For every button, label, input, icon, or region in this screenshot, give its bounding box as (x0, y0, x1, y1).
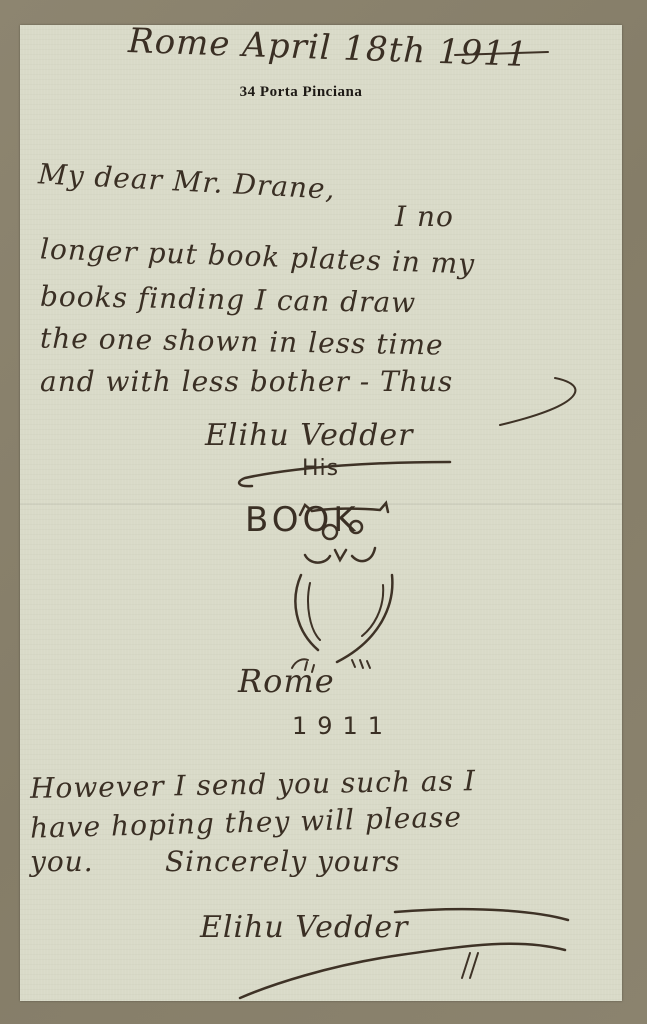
complimentary-close: Sincerely yours (165, 845, 401, 878)
letterhead-address: 34 Porta Pinciana (0, 84, 602, 101)
bookplate-his: His (302, 456, 339, 481)
body-line-3: books finding I can draw (40, 280, 417, 320)
bookplate-name: Elihu Vedder (205, 418, 413, 453)
body-line-5: and with less bother - Thus (40, 365, 453, 398)
bookplate-book-owl: BOOK (245, 500, 360, 540)
body-line-1: I no (395, 200, 454, 233)
body-line-4: the one shown in less time (40, 321, 444, 361)
bookplate-year: 1911 (292, 712, 393, 740)
signature: Elihu Vedder (200, 910, 408, 945)
bookplate-place: Rome (238, 662, 335, 700)
closing-line-3: you. (30, 845, 94, 878)
